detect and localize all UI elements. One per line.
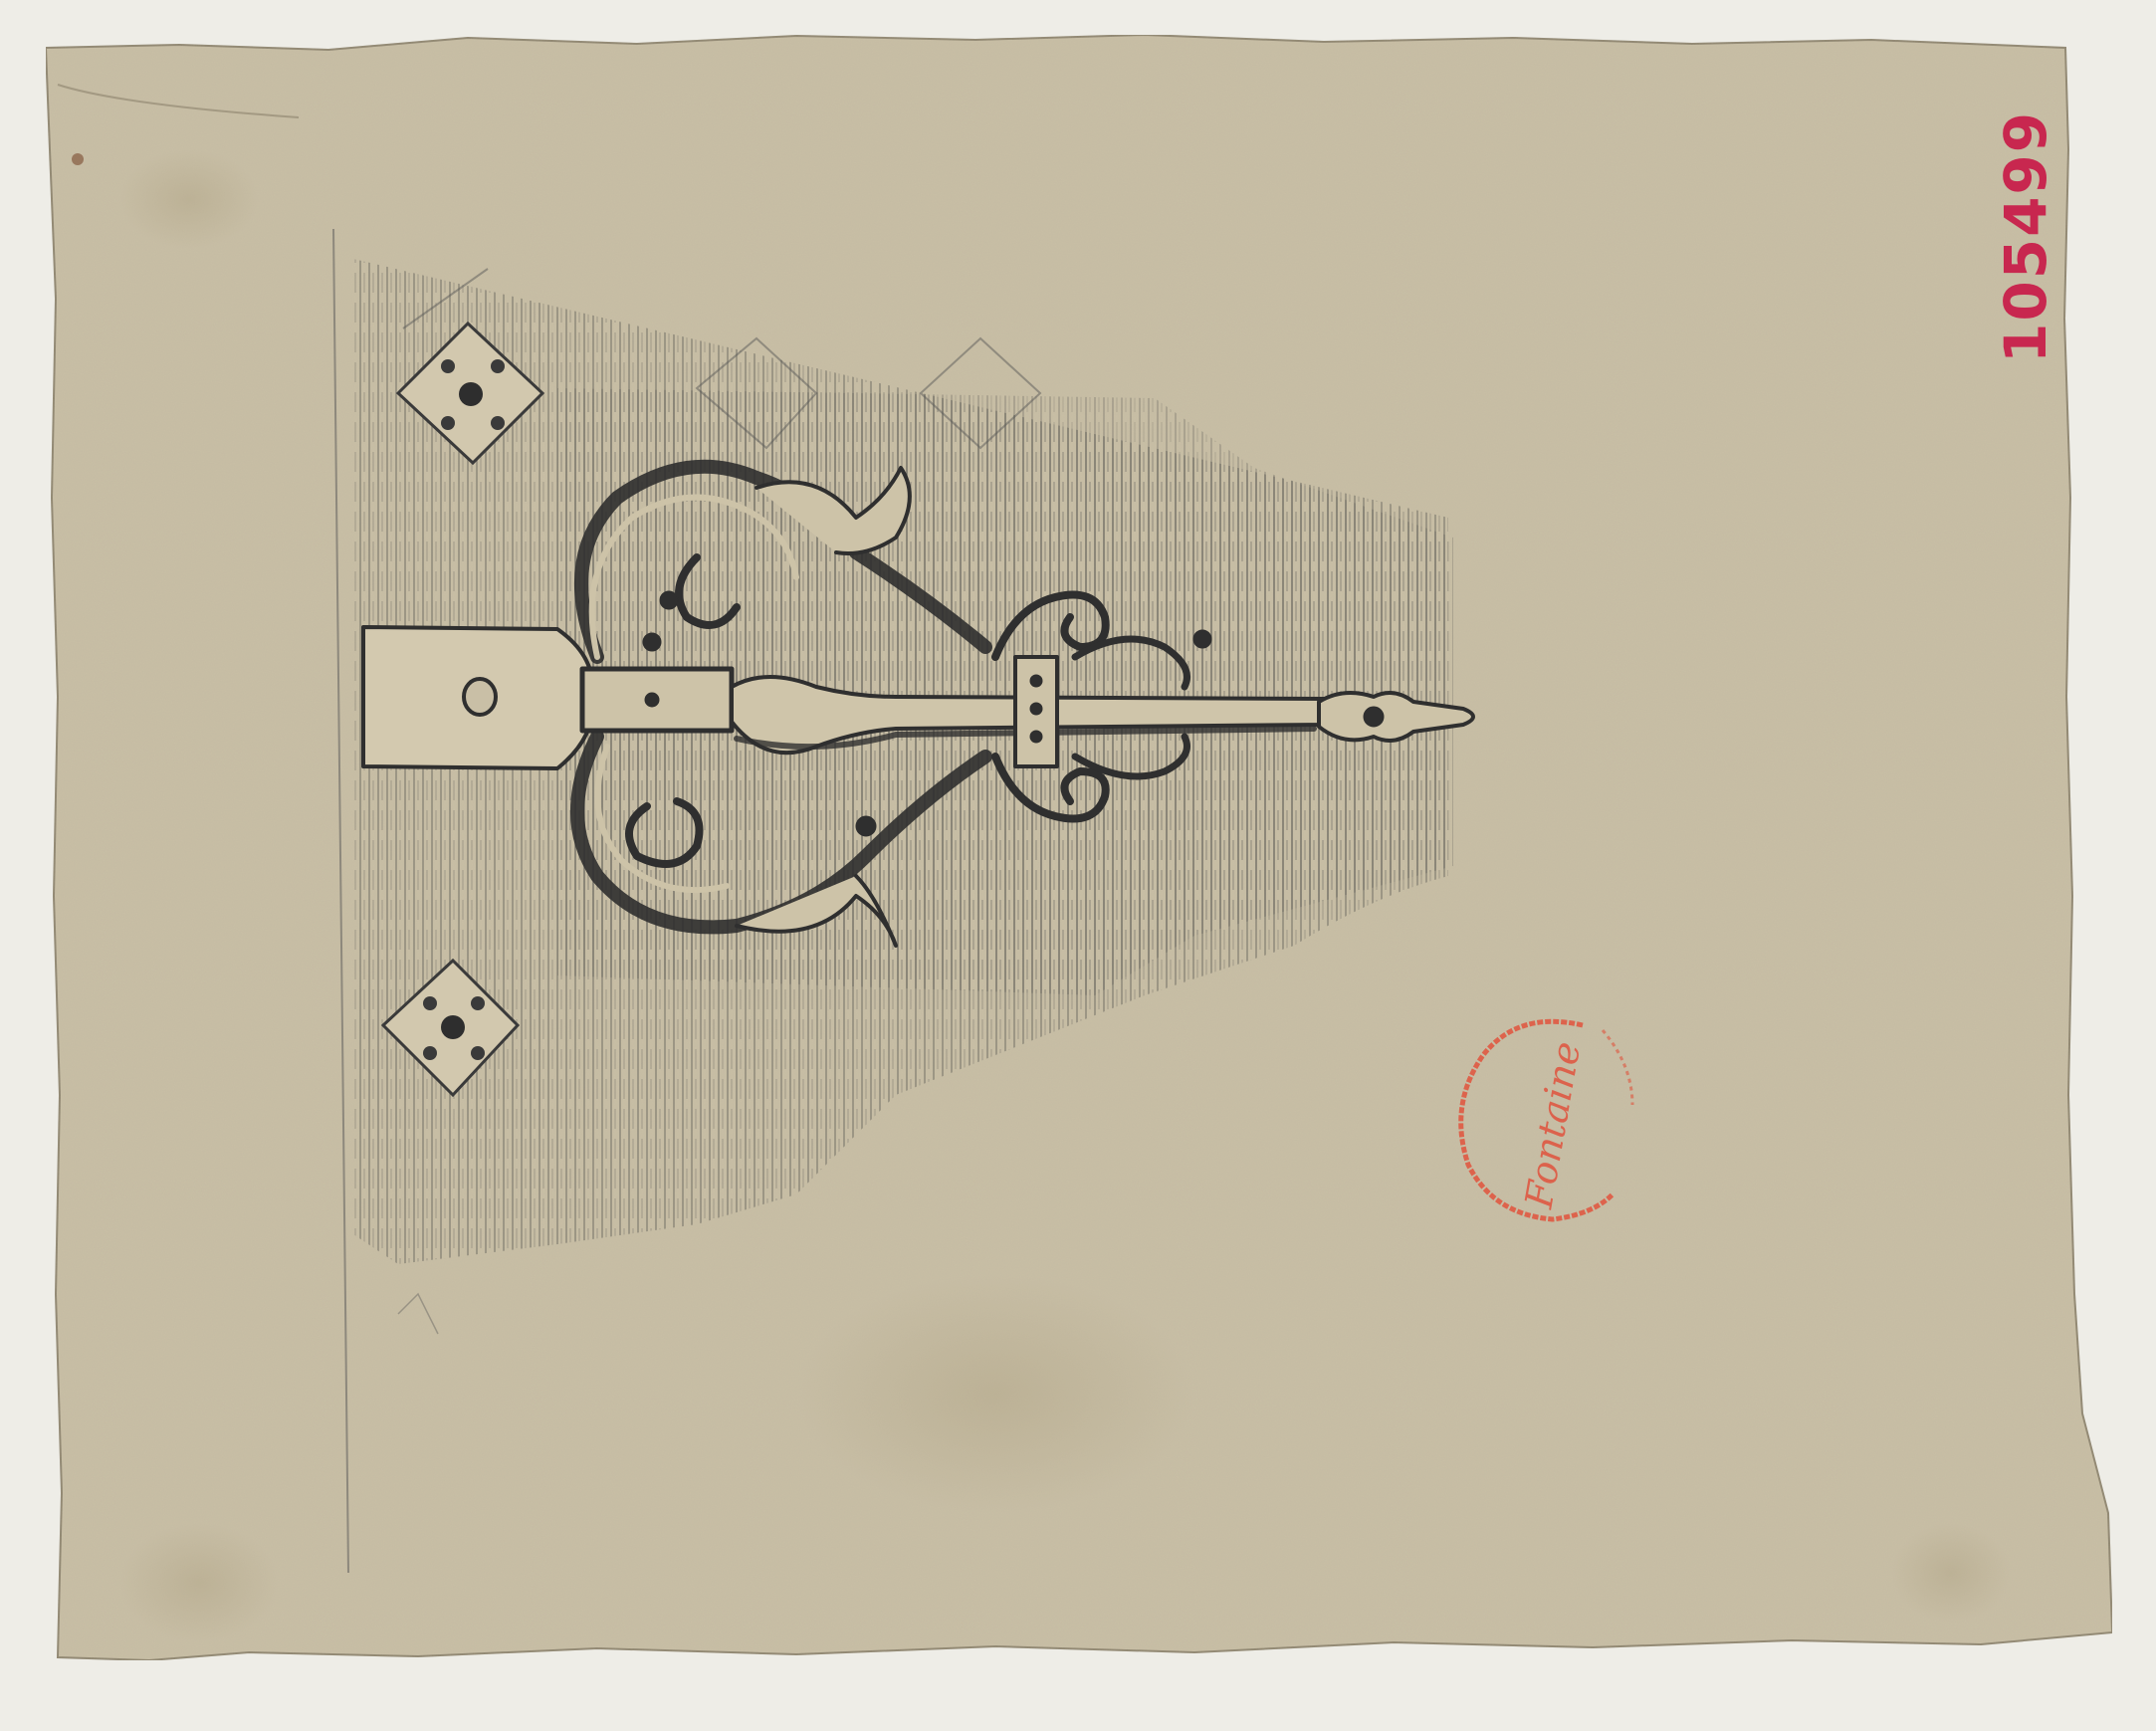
- drawing-canvas: [0, 0, 2156, 1731]
- scanned-artwork: 105499 Fontaine: [0, 0, 2156, 1731]
- inventory-number: 105499: [1991, 124, 2060, 363]
